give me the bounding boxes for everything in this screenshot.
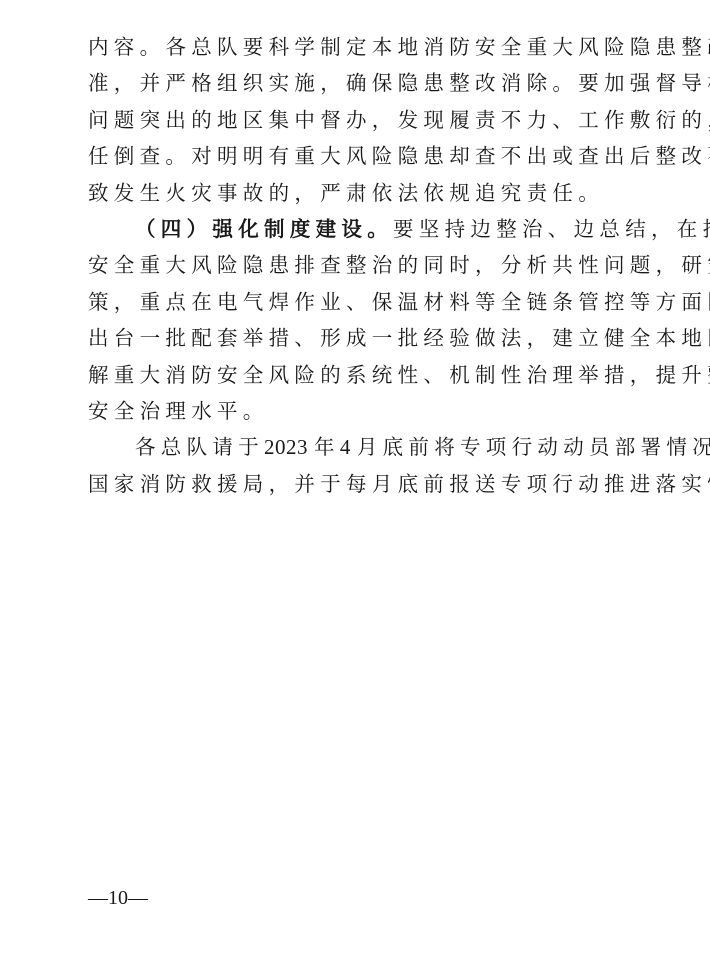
paragraph-line: 策，重点在电气焊作业、保温材料等全链条管控等方面因地制宜 — [88, 284, 628, 320]
section-4-heading: （四）强化制度建设。 — [135, 217, 393, 241]
section-4-text: 要坚持边整治、边总结，在推进消防 — [393, 217, 710, 241]
paragraph-line: 安全重大风险隐患排查整治的同时，分析共性问题，研究治本之 — [88, 247, 628, 283]
paragraph-line: 出台一批配套举措、形成一批经验做法，建立健全本地区防范化 — [88, 320, 628, 356]
paragraph-line: 问题突出的地区集中督办，发现履责不力、工作敷衍的，严格责 — [88, 102, 628, 138]
document-body: 内容。各总队要科学制定本地消防安全重大风险隐患整改评判标 准，并严格组织实施，确… — [88, 29, 628, 502]
paragraph-line: 致发生火灾事故的，严肃依法依规追究责任。 — [88, 175, 628, 211]
page-number: —10— — [88, 884, 148, 912]
closing-text: 年 — [314, 435, 340, 459]
paragraph-line: 任倒查。对明明有重大风险隐患却查不出或查出后整改不到位导 — [88, 138, 628, 174]
paragraph-line: 安全治理水平。 — [88, 393, 628, 429]
month-value: 4 — [340, 435, 351, 459]
closing-first-line: 各总队请于2023年4月底前将专项行动动员部署情况报送 — [88, 429, 628, 465]
paragraph-line: 国家消防救援局，并于每月底前报送专项行动推进落实情况。 — [88, 466, 628, 502]
section-4-first-line: （四）强化制度建设。要坚持边整治、边总结，在推进消防 — [88, 211, 628, 247]
document-page: 内容。各总队要科学制定本地消防安全重大风险隐患整改评判标 准，并严格组织实施，确… — [0, 0, 710, 954]
closing-text: 月底前将专项行动动员部署情况报送 — [357, 435, 710, 459]
paragraph-line: 解重大消防安全风险的系统性、机制性治理举措，提升整体消防 — [88, 357, 628, 393]
paragraph-line: 内容。各总队要科学制定本地消防安全重大风险隐患整改评判标 — [88, 29, 628, 65]
paragraph-line: 准，并严格组织实施，确保隐患整改消除。要加强督导检查，对 — [88, 65, 628, 101]
year-value: 2023 — [264, 435, 308, 459]
closing-text: 各总队请于 — [135, 435, 264, 459]
